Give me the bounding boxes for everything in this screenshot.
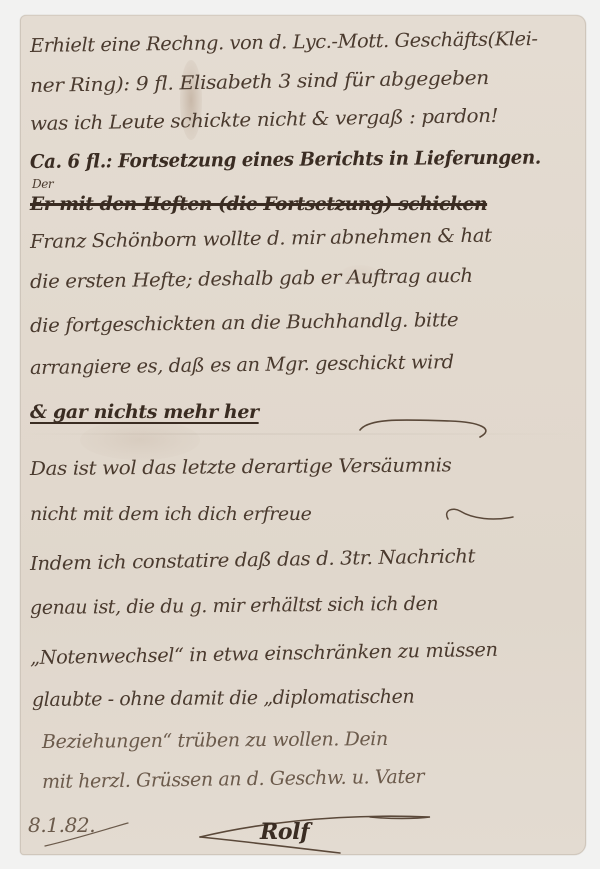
letter-line-15: „Notenwechsel“ in etwa einschränken zu m… (30, 641, 498, 668)
letter-line-16: glaubte - ohne damit die „diplomatischen (32, 688, 414, 710)
flourish-line-end (438, 505, 518, 535)
letter-line-1: Erhielt eine Rechng. von d. Lyc.-Mott. G… (30, 30, 538, 56)
letter-line-18: mit herzl. Grüssen an d. Geschw. u. Vate… (42, 768, 424, 792)
letter-line-9: arrangiere es, daß es an Mgr. geschickt … (30, 353, 454, 378)
letter-line-3: was ich Leute schickte nicht & vergaß : … (30, 107, 499, 134)
letter-line-8: die fortgeschickten an die Buchhandlg. b… (30, 311, 458, 336)
signature: Rolf (260, 821, 309, 843)
letter-line-6: Franz Schönborn wollte d. mir abnehmen &… (30, 227, 492, 252)
letter-line-2: ner Ring): 9 fl. Elisabeth 3 sind für ab… (30, 69, 489, 96)
letter-insertion: Der (32, 178, 53, 190)
letter-line-10: & gar nichts mehr her (30, 403, 259, 422)
letter-line-17: Beziehungen“ trüben zu wollen. Dein (42, 730, 388, 752)
scan-background: Erhielt eine Rechng. von d. Lyc.-Mott. G… (0, 0, 600, 869)
flourish-line-end (350, 415, 500, 445)
postcard: Erhielt eine Rechng. von d. Lyc.-Mott. G… (20, 15, 586, 855)
letter-line-12: nicht mit dem ich dich erfreue (30, 505, 311, 524)
letter-line-11: Das ist wol das letzte derartige Versäum… (30, 456, 452, 479)
date-underline (40, 821, 140, 851)
letter-line-struck: Er mit den Heften (die Fortsetzung) schi… (30, 195, 487, 214)
signature-flourish (190, 805, 450, 855)
letter-line-7: die ersten Hefte; deshalb gab er Auftrag… (30, 267, 473, 292)
letter-line-4: Ca. 6 fl.: Fortsetzung eines Berichts in… (30, 149, 541, 172)
foxing-spot (80, 420, 200, 460)
letter-line-14: genau ist, die du g. mir erhältst sich i… (30, 595, 438, 618)
letter-line-13: Indem ich constatire daß das d. 3tr. Nac… (30, 547, 475, 574)
